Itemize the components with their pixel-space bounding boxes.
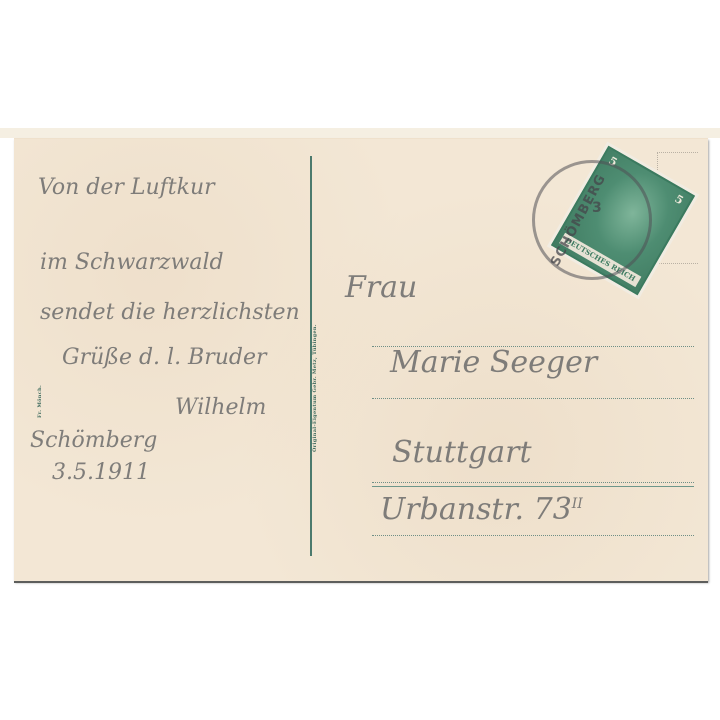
postmark-day: 3: [592, 200, 603, 216]
stamp-denomination-right: 5: [672, 192, 685, 207]
message-line-4: Grüße d. l. Bruder: [62, 345, 267, 370]
message-line-1: Von der Luftkur: [38, 175, 215, 200]
address-line-3: [372, 482, 694, 483]
message-signature: Wilhelm: [175, 395, 266, 420]
message-line-2: im Schwarzwald: [40, 250, 224, 275]
address-floor: II: [572, 496, 583, 512]
address-street-text: Urbanstr. 73: [380, 492, 572, 527]
address-street: Urbanstr. 73II: [380, 492, 583, 527]
message-line-3: sendet die herzlichsten: [40, 300, 300, 325]
message-place: Schömberg: [30, 428, 157, 453]
scan-background: [0, 128, 720, 138]
address-city: Stuttgart: [392, 435, 532, 470]
address-line-4: [372, 535, 694, 536]
address-salutation: Frau: [345, 270, 417, 305]
address-line-2: [372, 398, 694, 399]
address-name: Marie Seeger: [390, 345, 597, 380]
message-date: 3.5.1911: [52, 460, 150, 485]
publisher-credit: Fr. Mönch.: [37, 385, 43, 418]
copyright-notice: Original-Eigentum Gebr. Metz, Tübingen.: [312, 324, 318, 452]
address-underline: [372, 486, 694, 487]
